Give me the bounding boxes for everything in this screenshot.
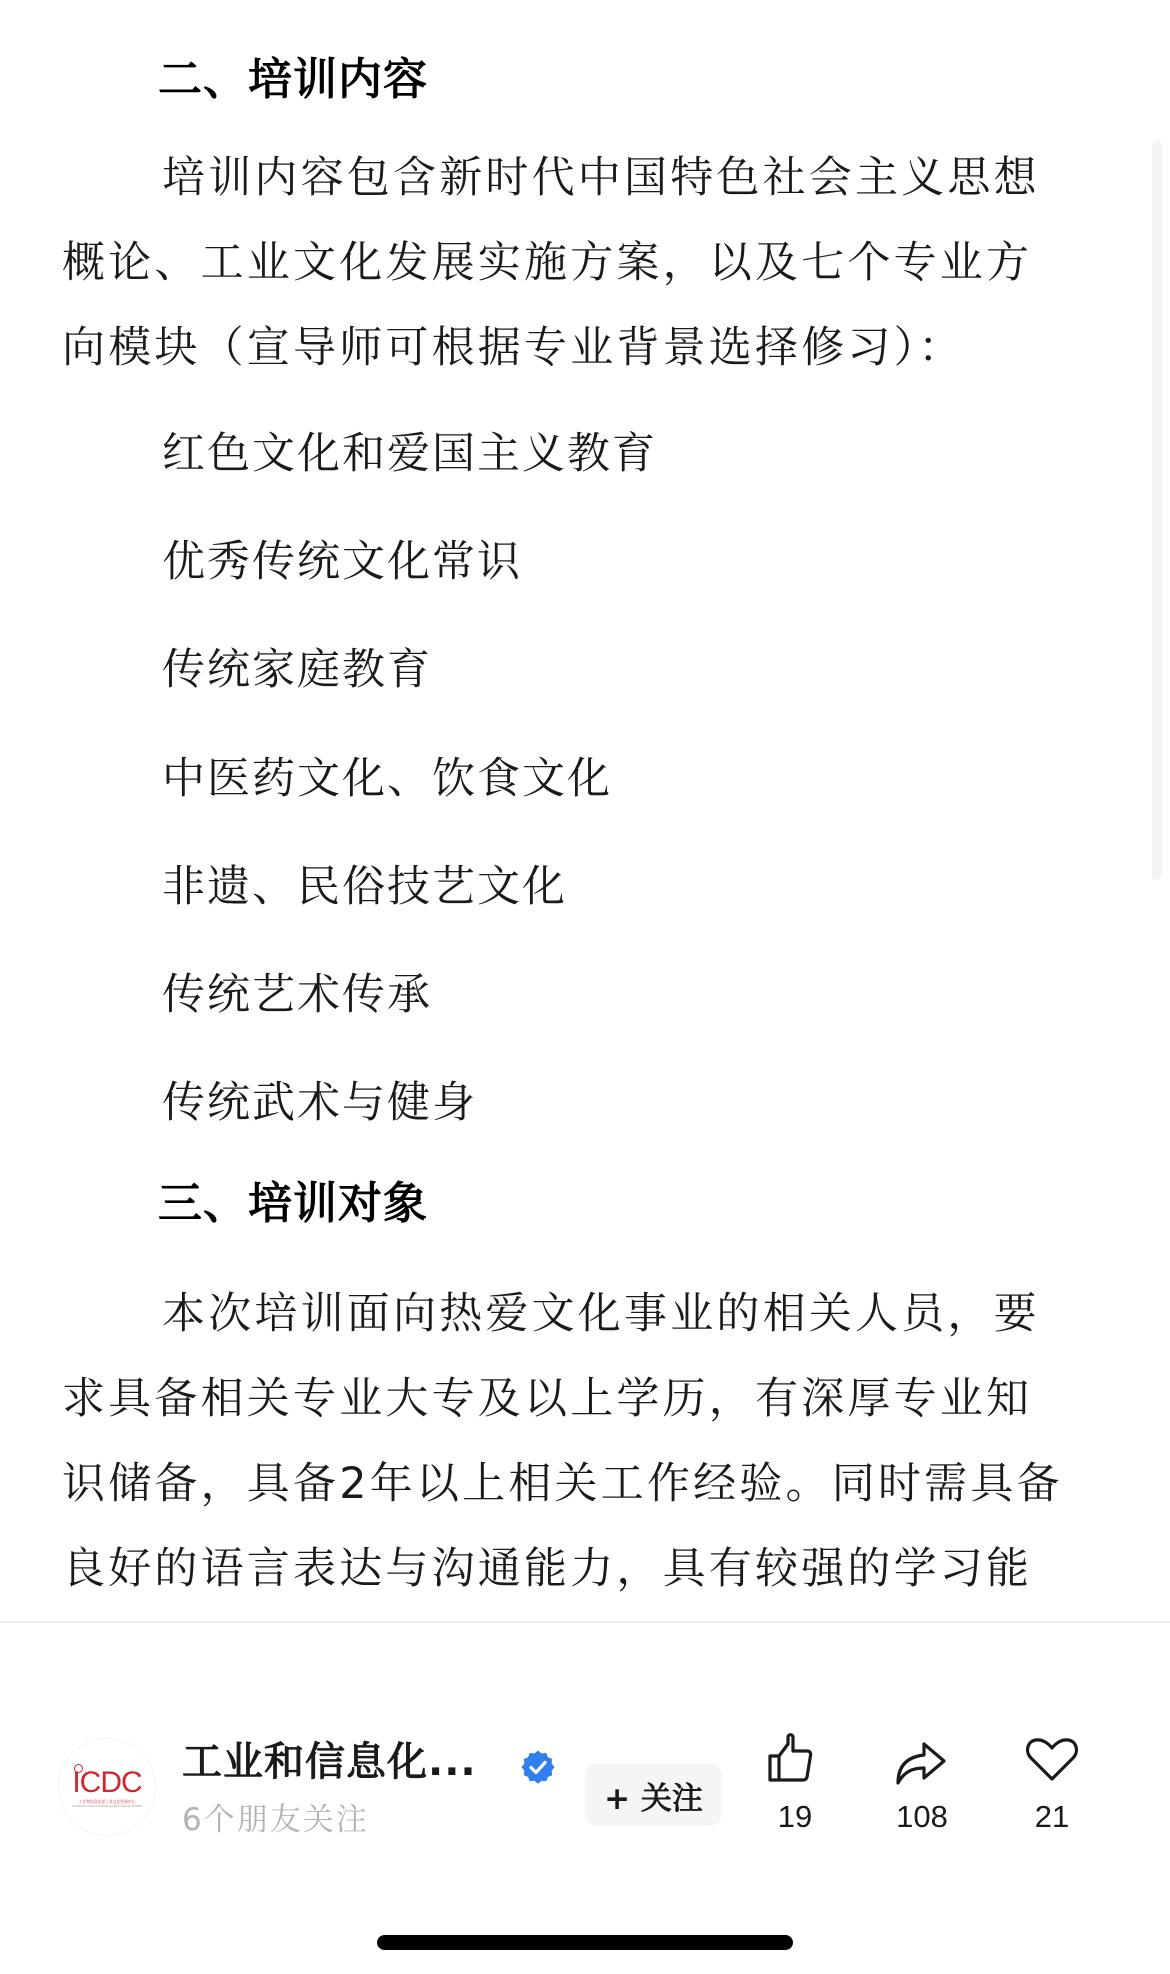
friends-following-count: 6个朋友关注 [182, 1799, 369, 1841]
thumbs-up-icon [766, 1731, 824, 1789]
paragraph-line: 培训内容包含新时代中国特色社会主义思想 [162, 150, 1040, 206]
account-avatar[interactable]: ICDC 工业和信息化部工业文化发展中心 Industrial Culture … [59, 1739, 155, 1835]
logo-subtitle-cn: 工业和信息化部工业文化发展中心 [79, 1799, 136, 1804]
content-fade [0, 1600, 1170, 1622]
bottom-action-bar: ICDC 工业和信息化部工业文化发展中心 Industrial Culture … [0, 1623, 1170, 1974]
like-button[interactable]: 19 [740, 1731, 850, 1851]
module-item: 传统家庭教育 [162, 642, 432, 698]
section-heading-training-target: 三、培训对象 [158, 1176, 428, 1232]
like-count: 19 [778, 1799, 812, 1835]
module-item: 非遗、民俗技艺文化 [162, 859, 567, 915]
module-item: 红色文化和爱国主义教育 [162, 426, 657, 482]
share-arrow-icon [893, 1731, 951, 1789]
paragraph-line: 概论、工业文化发展实施方案，以及七个专业方 [62, 235, 1032, 291]
share-count: 108 [896, 1799, 948, 1835]
paragraph-line: 求具备相关专业大专及以上学历，有深厚专业知 [62, 1371, 1032, 1427]
favorite-button[interactable]: 21 [997, 1731, 1107, 1851]
signal-icon [74, 1764, 83, 1773]
module-item: 优秀传统文化常识 [162, 534, 522, 590]
logo-text: ICDC [72, 1766, 141, 1799]
paragraph-line: 本次培训面向热爱文化事业的相关人员，要 [162, 1286, 1040, 1342]
paragraph-line: 识储备，具备2年以上相关工作经验。同时需具备 [62, 1456, 1063, 1512]
favorite-count: 21 [1035, 1799, 1069, 1835]
paragraph-line: 向模块（宣导师可根据专业背景选择修习）： [62, 320, 965, 376]
module-item: 传统艺术传承 [162, 967, 432, 1023]
module-item: 中医药文化、饮食文化 [162, 751, 612, 807]
logo-subtitle-en: Industrial Culture Development Center of… [72, 1804, 141, 1808]
verified-badge-icon [520, 1749, 556, 1785]
article-content: 二、培训内容 培训内容包含新时代中国特色社会主义思想 概论、工业文化发展实施方案… [0, 0, 1170, 1622]
home-indicator[interactable] [377, 1935, 793, 1950]
section-heading-training-content: 二、培训内容 [158, 52, 428, 108]
share-button[interactable]: 108 [867, 1731, 977, 1851]
icdc-logo: ICDC [72, 1767, 141, 1799]
heart-icon [1023, 1731, 1081, 1789]
scrollbar[interactable] [1152, 140, 1162, 880]
paragraph-line: 良好的语言表达与沟通能力，具有较强的学习能 [62, 1541, 1032, 1597]
account-name[interactable]: 工业和信息化... [182, 1737, 477, 1787]
follow-button[interactable]: + 关注 [585, 1764, 722, 1826]
module-item: 传统武术与健身 [162, 1075, 477, 1131]
